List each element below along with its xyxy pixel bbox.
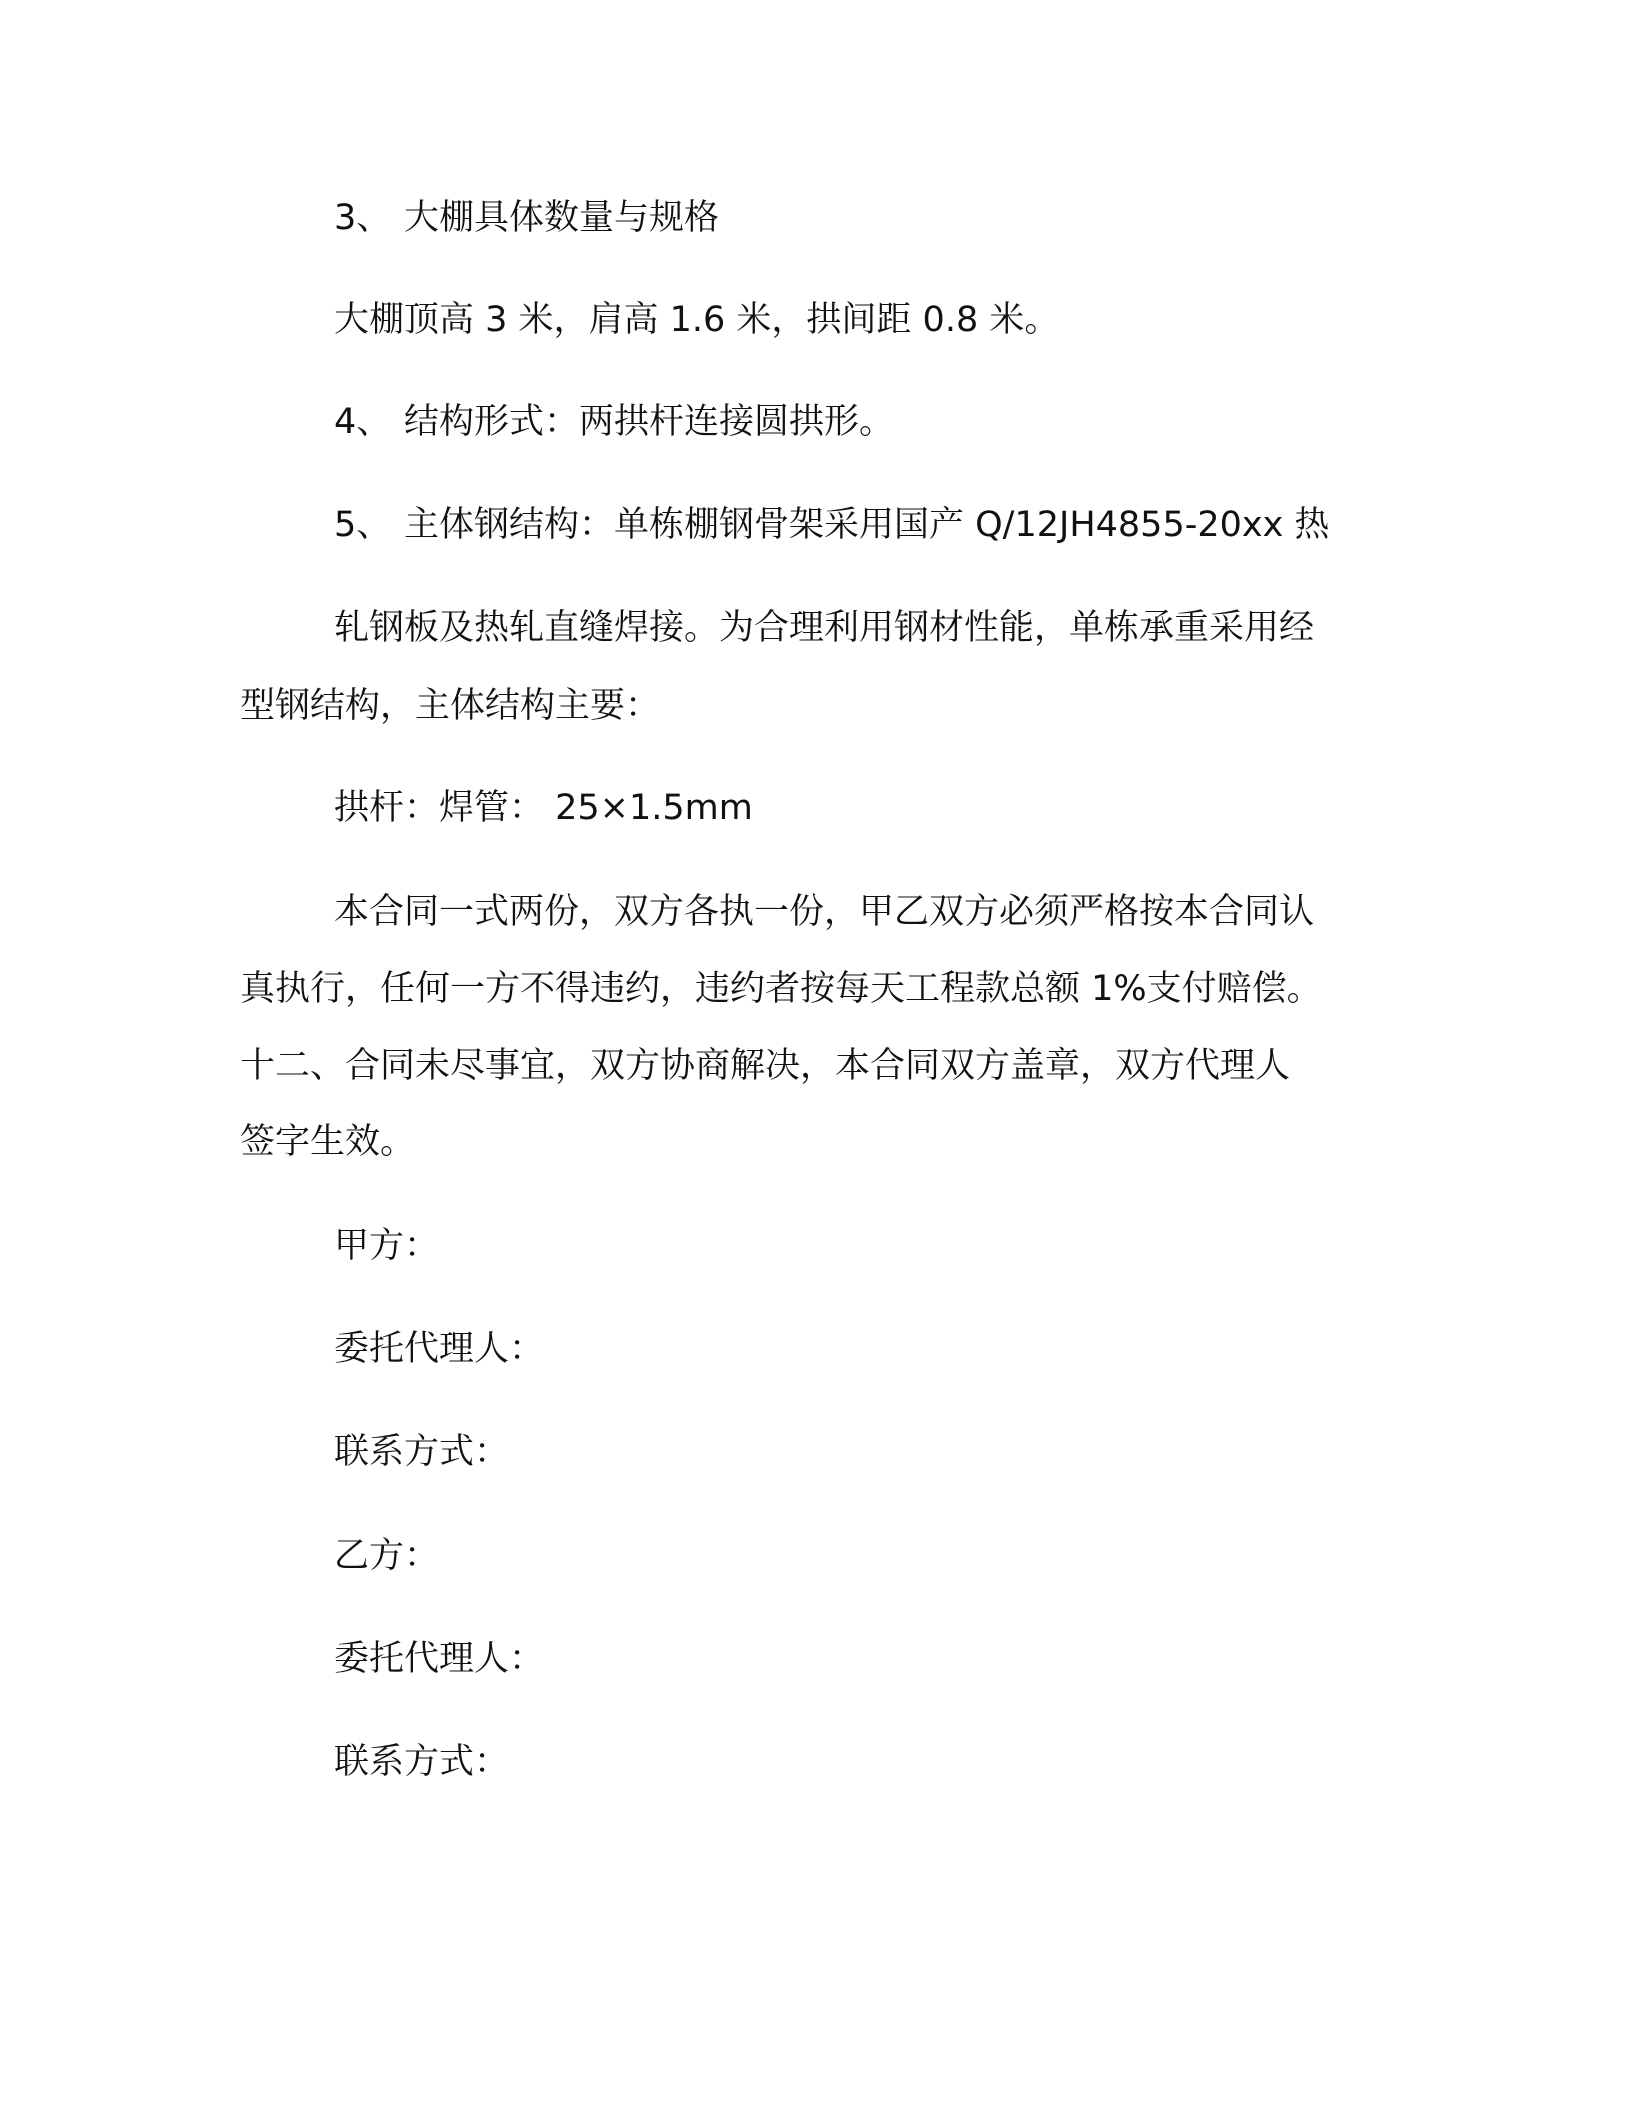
contract-copies-paragraph-cont: 真执行，任何一方不得违约，违约者按每天工程款总额 1%支付赔偿。 bbox=[240, 967, 1322, 1011]
clause-12-cont: 签字生效。 bbox=[240, 1120, 415, 1164]
section-3-heading: 3、大棚具体数量与规格 bbox=[334, 196, 719, 240]
section-number: 4、 bbox=[334, 400, 404, 444]
section-number: 3、 bbox=[334, 196, 404, 240]
section-5-steel-structure: 5、主体钢结构：单栋棚钢骨架采用国产 Q/12JH4855-20xx 热 bbox=[334, 503, 1329, 547]
clause-12: 十二、合同未尽事宜，双方协商解决，本合同双方盖章，双方代理人 bbox=[240, 1044, 1290, 1088]
steel-structure-continued-2: 型钢结构，主体结构主要： bbox=[240, 684, 660, 728]
greenhouse-dimensions: 大棚顶高 3 米，肩高 1.6 米，拱间距 0.8 米。 bbox=[334, 298, 1059, 342]
party-a-contact-label: 联系方式： bbox=[334, 1430, 509, 1474]
party-b-agent-label: 委托代理人： bbox=[334, 1637, 544, 1681]
party-a-agent-label: 委托代理人： bbox=[334, 1327, 544, 1371]
steel-structure-continued: 轧钢板及热轧直缝焊接。为合理利用钢材性能，单栋承重采用经 bbox=[334, 606, 1314, 650]
party-b-label: 乙方： bbox=[334, 1534, 439, 1578]
arch-pole-spec: 拱杆：焊管： 25×1.5mm bbox=[334, 786, 753, 830]
party-b-contact-label: 联系方式： bbox=[334, 1740, 509, 1784]
section-4-structure-form: 4、结构形式：两拱杆连接圆拱形。 bbox=[334, 400, 894, 444]
section-number: 5、 bbox=[334, 503, 404, 547]
contract-copies-paragraph: 本合同一式两份，双方各执一份，甲乙双方必须严格按本合同认 bbox=[334, 890, 1314, 934]
party-a-label: 甲方： bbox=[334, 1224, 439, 1268]
